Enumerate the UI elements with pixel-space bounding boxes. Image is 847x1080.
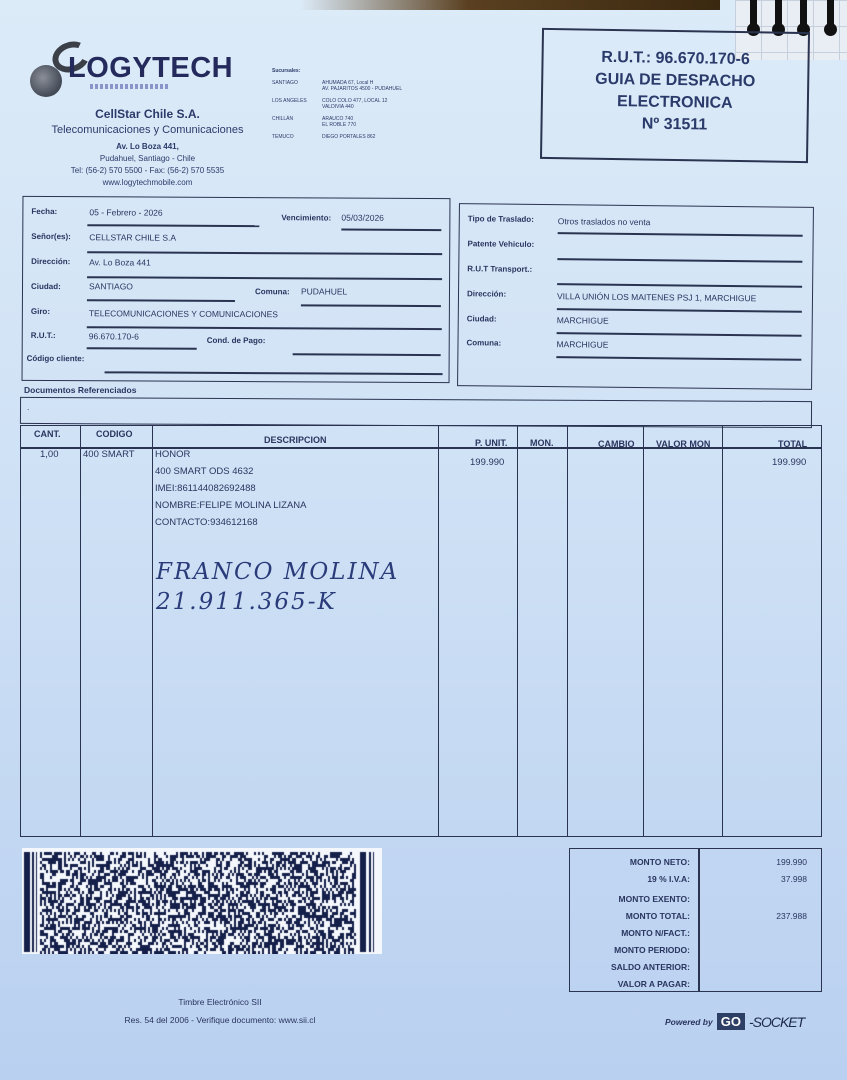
- direccion-transport-value: VILLA UNIÓN LOS MAITENES PSJ 1, MARCHIGU…: [557, 291, 756, 303]
- tipo-traslado-label: Tipo de Traslado:: [468, 214, 534, 224]
- comuna-transport-value: MARCHIGUE: [556, 339, 608, 350]
- branch-address: VALDIVIA 440: [322, 104, 387, 110]
- fecha-value: 05 - Febrero - 2026: [89, 207, 162, 217]
- desc-line: 400 SMART ODS 4632: [155, 463, 307, 480]
- desc-line: NOMBRE:FELIPE MOLINA LIZANA: [155, 497, 307, 514]
- issuer-business-line: Telecomunicaciones y Comunicaciones: [40, 124, 255, 136]
- branch-city: TEMUCO: [272, 134, 322, 140]
- senores-value: CELLSTAR CHILE S.A: [89, 232, 176, 242]
- issuer-info: CellStar Chile S.A. Telecomunicaciones y…: [40, 107, 255, 189]
- branch-item: TEMUCO DIEGO PORTALES 862: [272, 134, 402, 140]
- senores-label: Señor(es):: [31, 232, 71, 241]
- ciudad-transport-label: Ciudad:: [467, 314, 497, 323]
- header-cant: CANT.: [34, 429, 61, 439]
- total-value: 237.988: [776, 911, 807, 921]
- pdf417-barcode-icon: [22, 848, 382, 954]
- tipo-traslado-value: Otros traslados no venta: [558, 216, 651, 227]
- gosocket-logo-text: -SOCKET: [749, 1014, 804, 1030]
- giro-label: Giro:: [31, 307, 50, 316]
- comuna-label: Comuna:: [255, 287, 290, 296]
- ciudad-transport-value: MARCHIGUE: [557, 315, 609, 326]
- rut-value: 96.670.170-6: [89, 331, 139, 341]
- header-codigo: CODIGO: [96, 429, 133, 439]
- powered-by: Powered by GO -SOCKET: [665, 1013, 804, 1030]
- total-label: MONTO TOTAL:: [626, 911, 693, 921]
- ciudad-label: Ciudad:: [31, 282, 61, 291]
- handwritten-note: FRANCO MOLINA 21.911.365-K: [156, 557, 399, 617]
- logo-underline: [90, 84, 170, 89]
- codigo-cliente-label: Código cliente:: [27, 354, 85, 363]
- header-valor-mon: VALOR MON: [656, 439, 710, 449]
- row-codigo: 400 SMART: [83, 449, 135, 460]
- direccion-value: Av. Lo Boza 441: [89, 257, 151, 267]
- docref-value: .: [27, 402, 29, 412]
- background-edge: [300, 0, 720, 10]
- docref-label: Documentos Referenciados: [24, 385, 136, 395]
- desc-line: CONTACTO:934612168: [155, 514, 307, 531]
- sucursales-list: Sucursales: SANTIAGO AHUMADA 67, Local H…: [272, 68, 402, 146]
- branch-address: EL ROBLE 770: [322, 122, 356, 128]
- receiver-box: Fecha: 05 - Febrero - 2026 Vencimiento: …: [22, 196, 451, 383]
- direccion-label: Dirección:: [31, 257, 70, 266]
- totals-box: MONTO NETO:199.99019 % I.V.A:37.998MONTO…: [569, 848, 822, 992]
- patente-label: Patente Vehiculo:: [467, 239, 534, 249]
- total-label: MONTO PERIODO:: [614, 945, 693, 955]
- row-total: 199.990: [772, 457, 806, 468]
- rut-transport-label: R.U.T Transport.:: [467, 264, 532, 274]
- vencimiento-label: Vencimiento:: [281, 213, 331, 222]
- header-cambio: CAMBIO: [598, 439, 635, 449]
- direccion-transport-label: Dirección:: [467, 289, 506, 298]
- total-value: 199.990: [776, 857, 807, 867]
- header-mon: MON.: [530, 438, 554, 448]
- document-number: Nº 31511: [542, 112, 806, 138]
- row-p-unit: 199.990: [470, 457, 504, 468]
- document-id-box: R.U.T.: 96.670.170-6 GUIA DE DESPACHO EL…: [540, 28, 810, 163]
- total-label: VALOR A PAGAR:: [618, 979, 693, 989]
- total-label: MONTO NETO:: [630, 857, 693, 867]
- branch-item: CHILLÁN ARAUCO 740EL ROBLE 770: [272, 116, 402, 128]
- header-descripcion: DESCRIPCION: [264, 435, 327, 445]
- handwritten-rut: 21.911.365-K: [156, 587, 399, 617]
- comuna-transport-label: Comuna:: [466, 338, 501, 347]
- row-cant: 1,00: [40, 449, 59, 460]
- total-label: MONTO EXENTO:: [619, 894, 693, 904]
- logo-text: LOGYTECH: [68, 52, 233, 85]
- header-total: TOTAL: [778, 439, 807, 449]
- timbre-info: Timbre Electrónico SII Res. 54 del 2006 …: [70, 993, 370, 1029]
- branch-address: DIEGO PORTALES 862: [322, 134, 375, 140]
- issuer-website[interactable]: www.logytechmobile.com: [40, 177, 255, 189]
- timbre-label: Timbre Electrónico SII: [70, 993, 370, 1011]
- total-label: SALDO ANTERIOR:: [611, 962, 693, 972]
- resolucion-text: Res. 54 del 2006 - Verifique documento: …: [70, 1011, 370, 1029]
- gosocket-logo-icon: GO: [717, 1013, 745, 1030]
- fecha-label: Fecha:: [31, 207, 57, 216]
- total-label: 19 % I.V.A:: [647, 874, 693, 884]
- total-label: MONTO N/FACT.:: [621, 928, 693, 938]
- issuer-phones: Tel: (56-2) 570 5500 - Fax: (56-2) 570 5…: [40, 165, 255, 177]
- branch-item: LOS ANGELES COLO COLO 477, LOCAL 12VALDI…: [272, 98, 402, 110]
- docref-box: .: [20, 397, 812, 428]
- branch-item: SANTIAGO AHUMADA 67, Local HAV. PAJARITO…: [272, 80, 402, 92]
- total-value: 37.998: [781, 874, 807, 884]
- vencimiento-value: 05/03/2026: [341, 213, 384, 223]
- branch-city: SANTIAGO: [272, 80, 322, 92]
- issuer-address-2: Pudahuel, Santiago - Chile: [40, 153, 255, 165]
- branch-city: LOS ANGELES: [272, 98, 322, 110]
- desc-line: IMEI:861144082692488: [155, 480, 307, 497]
- logo-globe-icon: [30, 65, 62, 97]
- comuna-value: PUDAHUEL: [301, 286, 347, 296]
- branch-city: CHILLÁN: [272, 116, 322, 128]
- issuer-address-1: Av. Lo Boza 441,: [40, 141, 255, 153]
- items-table: CANT. CODIGO DESCRIPCION P. UNIT. MON. C…: [20, 425, 822, 837]
- giro-value: TELECOMUNICACIONES Y COMUNICACIONES: [89, 308, 278, 319]
- handwritten-name: FRANCO MOLINA: [156, 557, 399, 587]
- desc-line: HONOR: [155, 446, 307, 463]
- row-descripcion: HONOR 400 SMART ODS 4632 IMEI:8611440826…: [155, 446, 307, 531]
- issuer-company-name: CellStar Chile S.A.: [40, 107, 255, 121]
- header-p-unit: P. UNIT.: [475, 438, 507, 448]
- powered-by-label: Powered by: [665, 1017, 713, 1027]
- cond-pago-label: Cond. de Pago:: [207, 336, 266, 345]
- transport-box: Tipo de Traslado: Otros traslados no ven…: [457, 203, 814, 390]
- rut-label: R.U.T.:: [31, 331, 56, 340]
- ciudad-value: SANTIAGO: [89, 281, 133, 291]
- sucursales-title: Sucursales:: [272, 68, 402, 74]
- branch-address: AV. PAJARITOS 4500 - PUDAHUEL: [322, 86, 402, 92]
